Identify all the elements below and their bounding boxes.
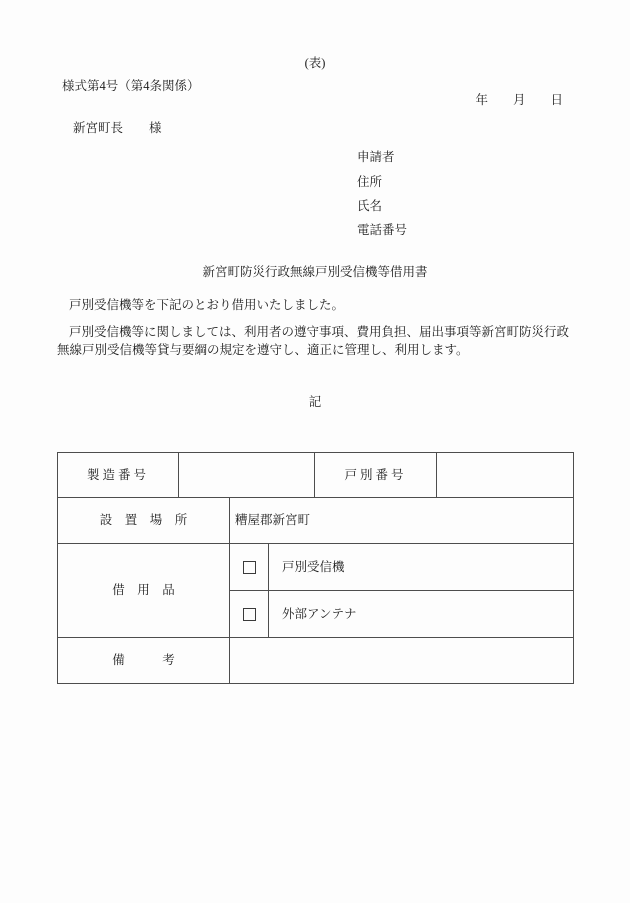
applicant-heading: 申請者 (357, 151, 395, 164)
applicant-address-label: 住所 (357, 176, 382, 189)
serial-number-value-cell (179, 453, 315, 498)
table-row-numbers: 製造番号 戸別番号 (58, 453, 574, 498)
table-row-location: 設 置 場 所 糟屋郡新宮町 (58, 498, 574, 544)
applicant-name-label: 氏名 (357, 200, 382, 213)
body-paragraph-2-line-1: 戸別受信機等に関しましては、利用者の遵守事項、費用負担、届出事項等新宮町防災行政 (57, 324, 569, 342)
document-page: (表) 様式第4号（第4条関係） 年 月 日 新宮町長 様 申請者 住所 氏名 … (0, 0, 630, 903)
date-line: 年 月 日 (475, 94, 563, 107)
serial-number-label-cell: 製造番号 (58, 453, 179, 498)
loan-details-table: 製造番号 戸別番号 設 置 場 所 糟屋郡新宮町 借 用 品 戸別受信機 (57, 452, 574, 684)
applicant-phone-label: 電話番号 (357, 224, 407, 237)
body-paragraph-2: 戸別受信機等に関しましては、利用者の遵守事項、費用負担、届出事項等新宮町防災行政… (57, 324, 569, 359)
form-number: 様式第4号（第4条関係） (62, 80, 200, 93)
addressee-name: 新宮町長 (73, 122, 123, 135)
remarks-label-cell: 備 考 (58, 638, 230, 684)
remarks-value-cell (230, 638, 574, 684)
location-value-cell: 糟屋郡新宮町 (230, 498, 574, 544)
table-row-remarks: 備 考 (58, 638, 574, 684)
checkbox-icon (243, 608, 256, 621)
front-side-label: (表) (0, 57, 630, 70)
addressee-honorific: 様 (149, 122, 162, 135)
body-paragraph-1: 戸別受信機等を下記のとおり借用いたしました。 (69, 299, 344, 312)
item-2-label-cell: 外部アンテナ (269, 591, 574, 638)
unit-number-value-cell (437, 453, 574, 498)
unit-number-label-cell: 戸別番号 (315, 453, 437, 498)
item-2-checkbox-cell (230, 591, 269, 638)
loaned-items-label-cell: 借 用 品 (58, 544, 230, 638)
document-title: 新宮町防災行政無線戸別受信機等借用書 (0, 266, 630, 279)
item-1-label-cell: 戸別受信機 (269, 544, 574, 591)
record-marker: 記 (0, 396, 630, 409)
location-label-cell: 設 置 場 所 (58, 498, 230, 544)
checkbox-icon (243, 561, 256, 574)
body-paragraph-2-line-2: 無線戸別受信機等貸与要綱の規定を遵守し、適正に管理し、利用します。 (57, 342, 569, 360)
item-1-checkbox-cell (230, 544, 269, 591)
addressee-line: 新宮町長 様 (73, 122, 162, 135)
table-row-item-1: 借 用 品 戸別受信機 (58, 544, 574, 591)
